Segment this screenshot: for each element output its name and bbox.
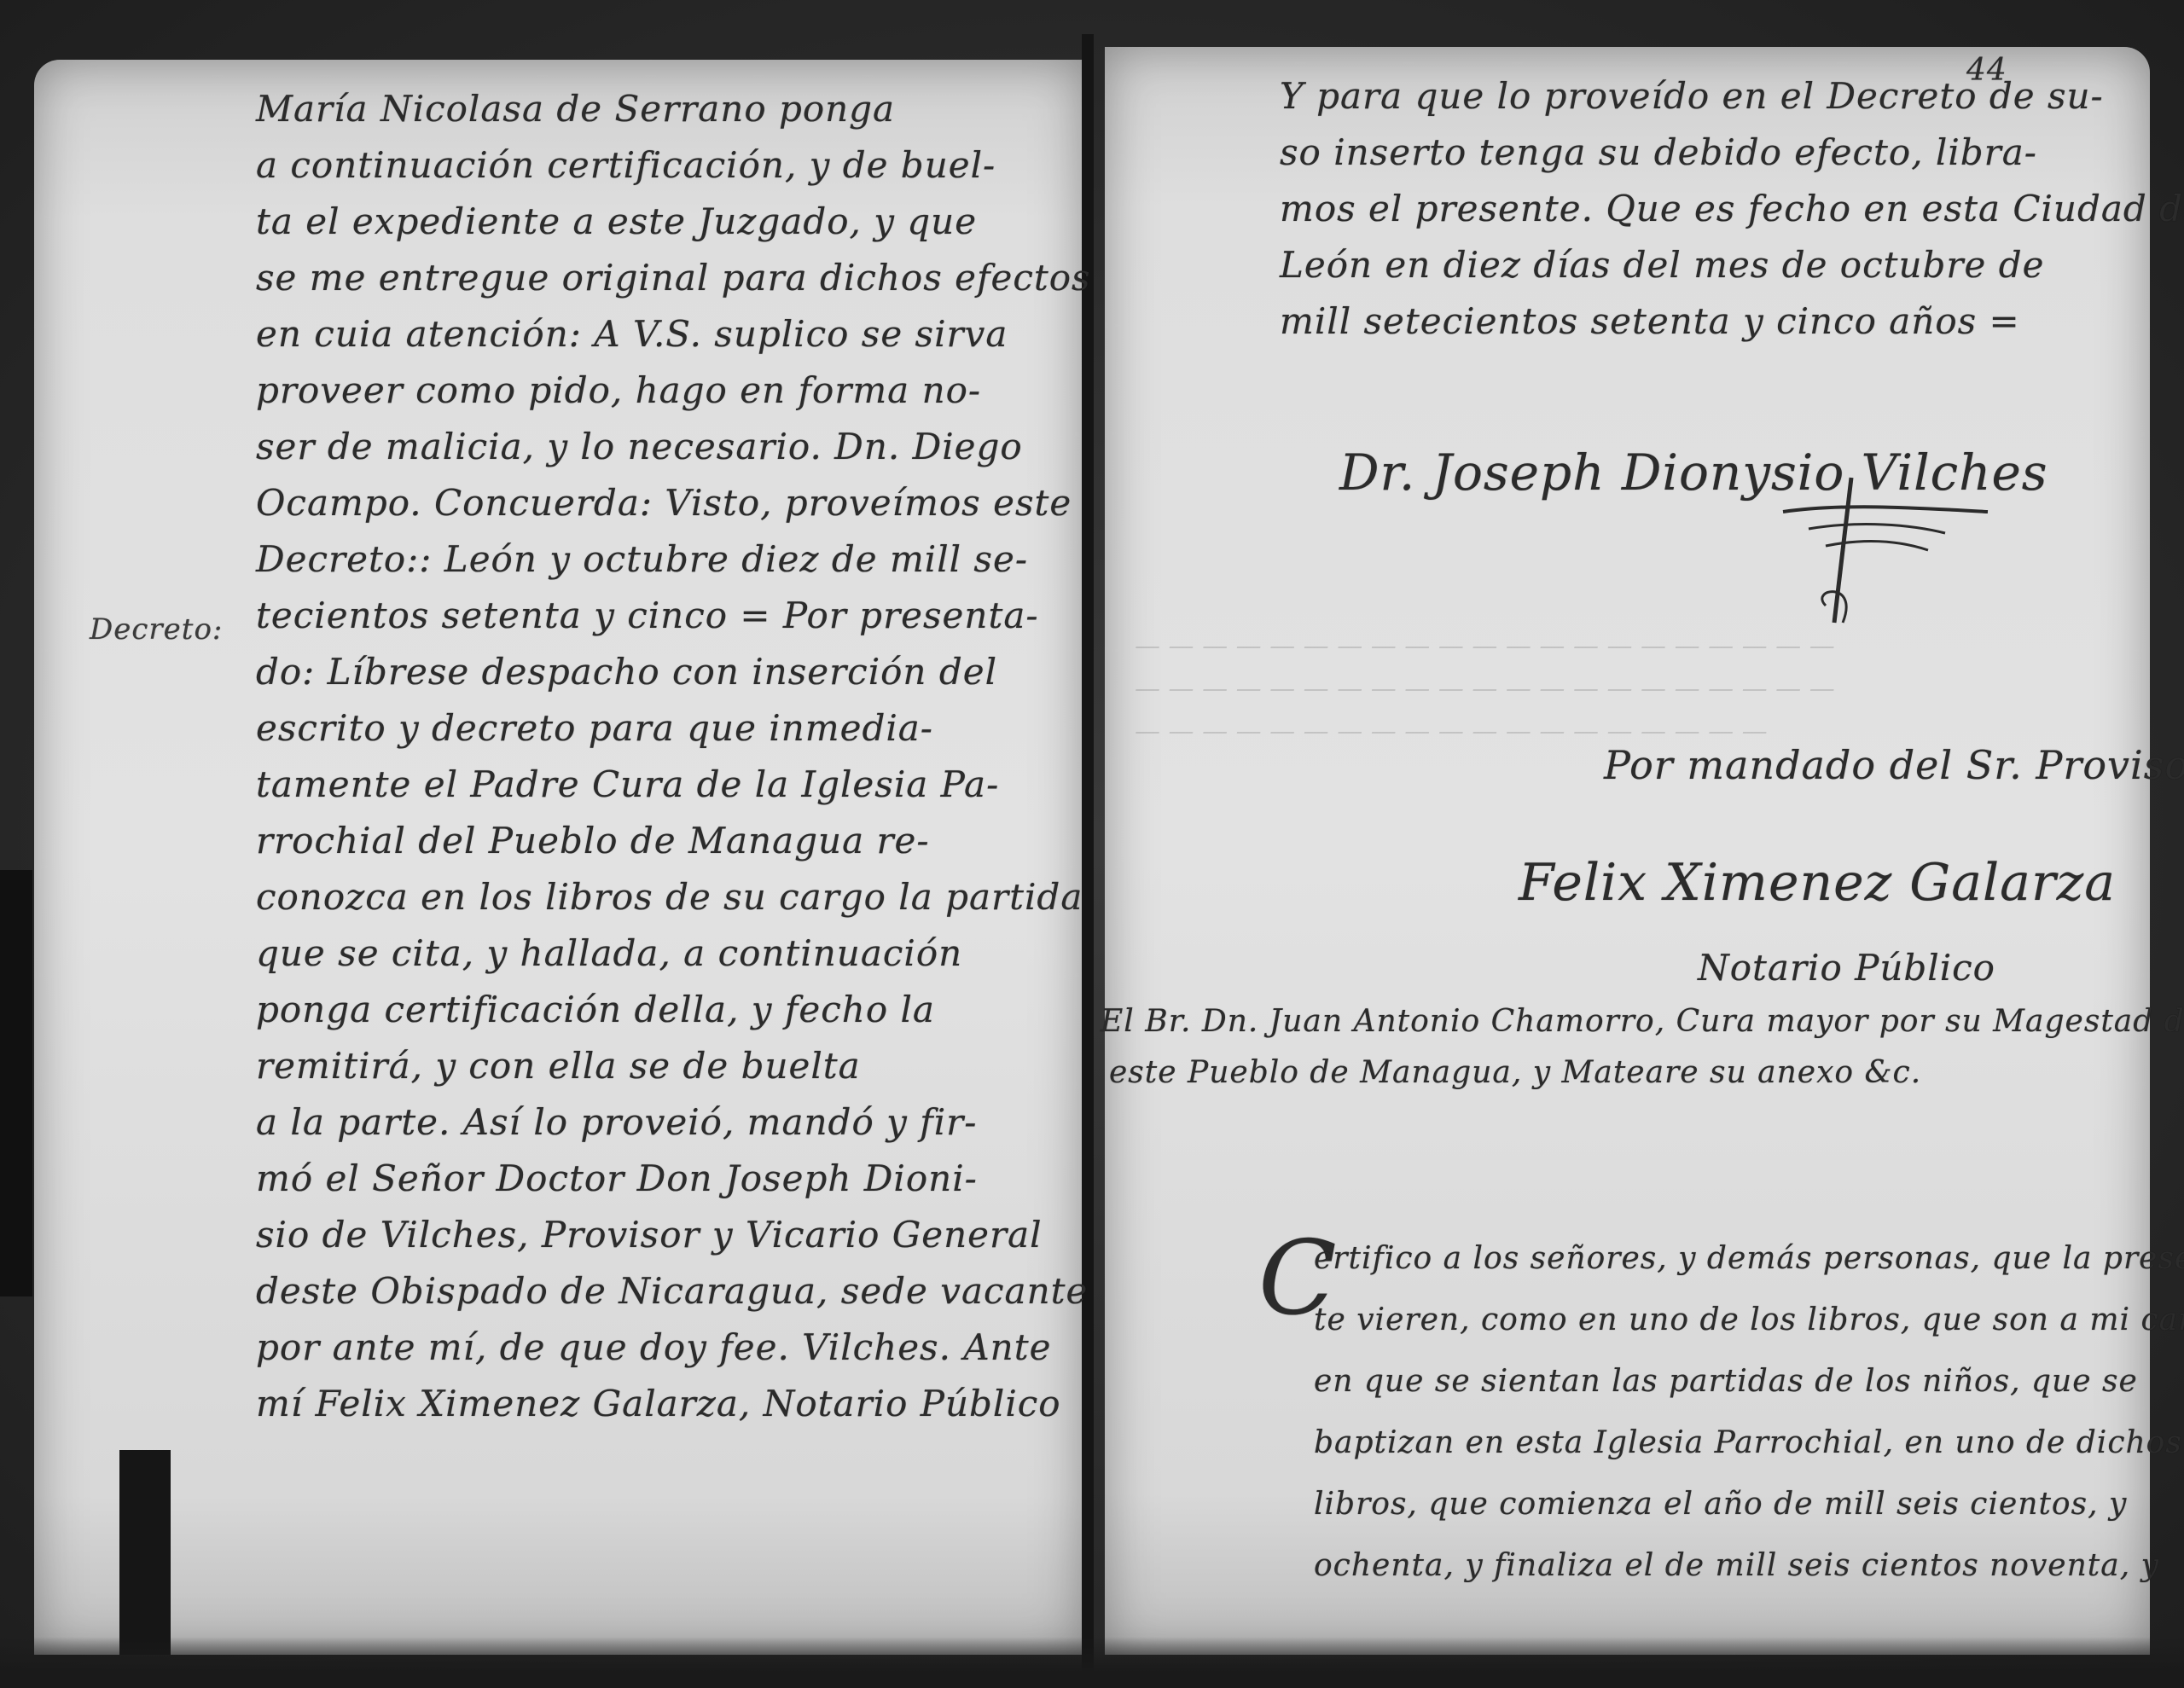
text-line: ta el expediente a este Juzgado, y que <box>256 194 1091 250</box>
left-page-text: María Nicolasa de Serrano ponga a contin… <box>256 81 1091 1432</box>
text-line: so inserto tenga su debido efecto, libra… <box>1280 125 2184 181</box>
text-line: Ocampo. Concuerda: Visto, proveímos este <box>256 475 1091 531</box>
text-line: mos el presente. Que es fecho en esta Ci… <box>1280 181 2184 237</box>
text-line: tamente el Padre Cura de la Iglesia Pa- <box>256 757 1091 813</box>
bleed-through-text: — — — — — — — — — — — — — — — — — — — — … <box>1135 674 1835 704</box>
book-edge-left <box>0 870 32 1296</box>
text-line: rrochial del Pueblo de Managua re- <box>256 813 1091 869</box>
text-line: en cuia atención: A V.S. suplico se sirv… <box>256 306 1091 363</box>
text-line: deste Obispado de Nicaragua, sede vacant… <box>256 1263 1091 1320</box>
text-line: conozca en los libros de su cargo la par… <box>256 869 1091 925</box>
certificate-body: ertifico a los señores, y demás personas… <box>1314 1228 2184 1597</box>
text-line: te vieren, como en uno de los libros, qu… <box>1314 1290 2184 1351</box>
signature-flourish-icon <box>1774 461 1996 631</box>
text-line: baptizan en esta Iglesia Parrochial, en … <box>1314 1412 2184 1474</box>
heading-line: este Pueblo de Managua, y Mateare su ane… <box>1101 1047 2184 1099</box>
text-line: mill setecientos setenta y cinco años = <box>1280 293 2184 350</box>
text-line: sio de Vilches, Provisor y Vicario Gener… <box>256 1207 1091 1263</box>
text-line: que se cita, y hallada, a continuación <box>256 925 1091 982</box>
text-line: María Nicolasa de Serrano ponga <box>256 81 1091 137</box>
text-line: tecientos setenta y cinco = Por presenta… <box>256 588 1091 644</box>
text-line: libros, que comienza el año de mill seis… <box>1314 1474 2184 1535</box>
text-line: se me entregue original para dichos efec… <box>256 250 1091 306</box>
notary-attestation-title: Por mandado del Sr. Provisor y Vic. Genl… <box>1604 742 2184 788</box>
notary-office: Notario Público <box>1698 947 1995 989</box>
scan-bottom-edge <box>0 1637 2184 1688</box>
text-line: por ante mí, de que doy fee. Vilches. An… <box>256 1320 1091 1376</box>
text-line: Decreto:: León y octubre diez de mill se… <box>256 531 1091 588</box>
text-line: proveer como pido, hago en forma no- <box>256 363 1091 419</box>
text-line: mí Felix Ximenez Galarza, Notario Públic… <box>256 1376 1091 1432</box>
text-line: remitirá, y con ella se de buelta <box>256 1038 1091 1094</box>
certificate-heading: El Br. Dn. Juan Antonio Chamorro, Cura m… <box>1101 996 2184 1099</box>
bleed-through-text: — — — — — — — — — — — — — — — — — — — — … <box>1135 631 1835 661</box>
text-line: a continuación certificación, y de buel- <box>256 137 1091 194</box>
text-line: ponga certificación della, y fecho la <box>256 982 1091 1038</box>
right-page-text: Y para que lo proveído en el Decreto de … <box>1280 68 2184 350</box>
text-line: ochenta, y finaliza el de mill seis cien… <box>1314 1535 2184 1597</box>
text-line: mó el Señor Doctor Don Joseph Dioni- <box>256 1151 1091 1207</box>
text-line: a la parte. Así lo proveió, mandó y fir- <box>256 1094 1091 1151</box>
signature-galarza: Felix Ximenez Galarza <box>1519 853 2116 913</box>
text-line: escrito y decreto para que inmedia- <box>256 700 1091 757</box>
text-line: León en diez días del mes de octubre de <box>1280 237 2184 293</box>
text-line: do: Líbrese despacho con inserción del <box>256 644 1091 700</box>
text-line: Y para que lo proveído en el Decreto de … <box>1280 68 2184 125</box>
text-line: en que se sientan las partidas de los ni… <box>1314 1351 2184 1412</box>
heading-line: El Br. Dn. Juan Antonio Chamorro, Cura m… <box>1101 996 2184 1047</box>
text-line: ser de malicia, y lo necesario. Dn. Dieg… <box>256 419 1091 475</box>
text-line: ertifico a los señores, y demás personas… <box>1314 1228 2184 1290</box>
margin-note: Decreto: <box>90 612 223 647</box>
binding-clip <box>119 1450 171 1655</box>
